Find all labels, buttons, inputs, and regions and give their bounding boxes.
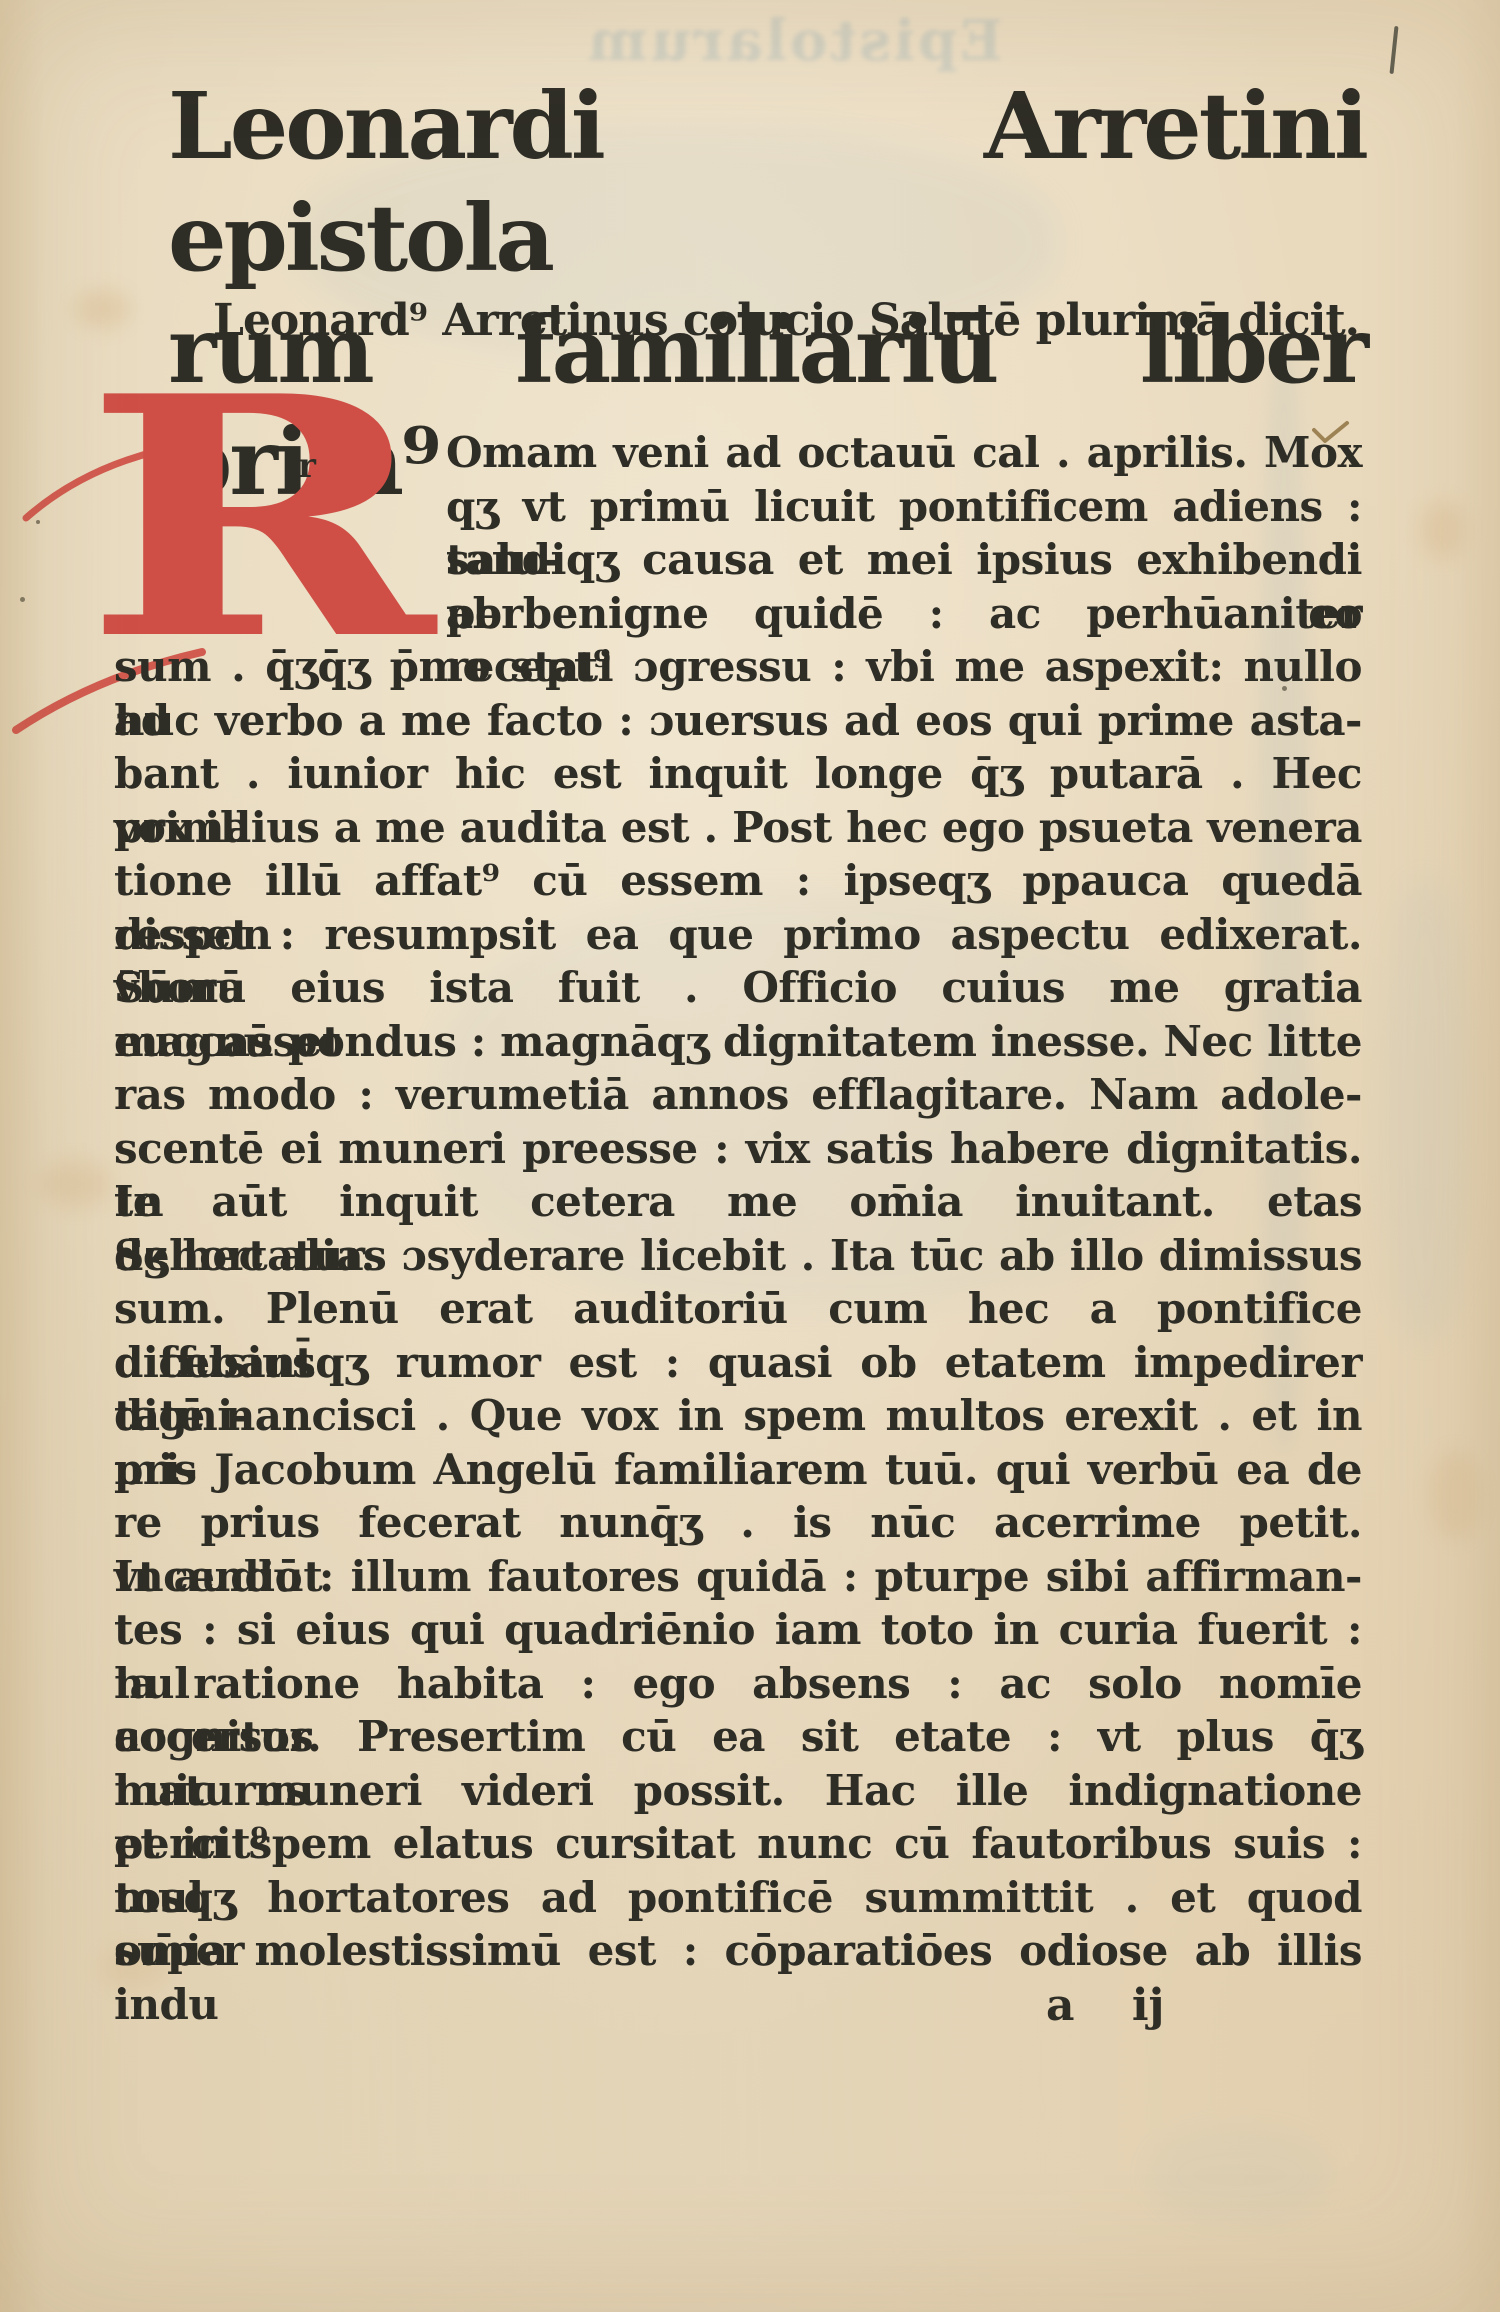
- body-text-line: vox illius a me audita est . Post hec eg…: [114, 801, 1362, 855]
- show-through-header-text: Epistolarum: [585, 8, 1003, 74]
- body-text-line: et in spem elatus cursitat nunc cū fauto…: [114, 1817, 1362, 1871]
- pen-stroke-mark: [1390, 26, 1399, 74]
- body-text-line-indented: qʒ vt primū licuit pontificem adiens : s…: [446, 480, 1362, 534]
- signature-mark: a ij: [1046, 1980, 1164, 2031]
- body-text-block: Omam veni ad octauū cal . aprilis. Mox q…: [114, 426, 1362, 1978]
- body-text-line: diffusiusqʒ rumor est : quasi ob etatem …: [114, 1336, 1362, 1390]
- paper-stain: [1420, 500, 1465, 560]
- body-text-line: om̄ia molestissimū est : cōparatiōes odi…: [114, 1924, 1362, 1978]
- body-text-line: la ratione habita : ego absens : ac solo…: [114, 1657, 1362, 1711]
- body-text-line: Sʒ hec alias ɔsyderare licebit . Ita tūc…: [114, 1229, 1362, 1283]
- body-text-line: v̄borū eius ista fuit . Officio cuius me…: [114, 961, 1362, 1015]
- incunabulum-page: { "page": { "heading": { "line1": "Leona…: [0, 0, 1500, 2312]
- body-text-line: bant . iunior hic est inquit longe q̄ʒ p…: [114, 747, 1362, 801]
- verso-show-through-patch: [1380, 880, 1470, 1340]
- body-text-line: huic muneri videri possit. Hac ille indi…: [114, 1764, 1362, 1818]
- body-text-line: tes : si eius qui quadriēnio iam toto in…: [114, 1603, 1362, 1657]
- body-text-line: ras modo : verumetiā annos efflagitare. …: [114, 1068, 1362, 1122]
- body-text-line-indented: tandiqʒ causa et mei ipsius exhibendi ab…: [446, 533, 1362, 587]
- body-text-line: vt audio : illum fautores quidā : pturpe…: [114, 1550, 1362, 1604]
- body-text-line: tione illū affat⁹ cū essem : ipseqʒ ppau…: [114, 854, 1362, 908]
- body-text-line: sum. Plenū erat auditoriū cum hec a pont…: [114, 1282, 1362, 1336]
- body-text-line: accersor. Presertim cū ea sit etate : vt…: [114, 1710, 1362, 1764]
- body-text-line: te aūt inquit cetera me om̄ia inuitant. …: [114, 1175, 1362, 1229]
- page-heading-line-1: Leonardi Arretini epistola: [168, 70, 1366, 294]
- body-text-line: tosqʒ hortatores ad pontificē summittit …: [114, 1871, 1362, 1925]
- body-text-line: huc verbo a me facto : ɔuersus ad eos qu…: [114, 694, 1362, 748]
- body-text-line: mis Jacobum Angelū familiarem tuū. qui v…: [114, 1443, 1362, 1497]
- body-text-line: sum . q̄ʒq̄ʒ p̄mo stati ɔgressu : vbi me…: [114, 640, 1362, 694]
- verso-show-through-patch: [1150, 2130, 1330, 2220]
- body-text-line-indented: Omam veni ad octauū cal . aprilis. Mox: [446, 426, 1362, 480]
- body-text-line: re prius fecerat nunq̄ʒ . is nūc acerrim…: [114, 1496, 1362, 1550]
- body-text-line: disset : resumpsit ea que primo aspectu …: [114, 908, 1362, 962]
- body-text-line: tatē nancisci . Que vox in spem multos e…: [114, 1389, 1362, 1443]
- body-text-line-indented: perbenigne quidē : ac perhūaniter recept…: [446, 587, 1362, 641]
- body-text-line: magnū pondus : magnāqʒ dignitatem inesse…: [114, 1015, 1362, 1069]
- paper-stain: [75, 290, 130, 328]
- paper-stain: [40, 1160, 110, 1208]
- body-text-line: scentē ei muneri preesse : vix satis hab…: [114, 1122, 1362, 1176]
- ink-speck: [20, 597, 25, 602]
- paper-stain: [1430, 1450, 1480, 1540]
